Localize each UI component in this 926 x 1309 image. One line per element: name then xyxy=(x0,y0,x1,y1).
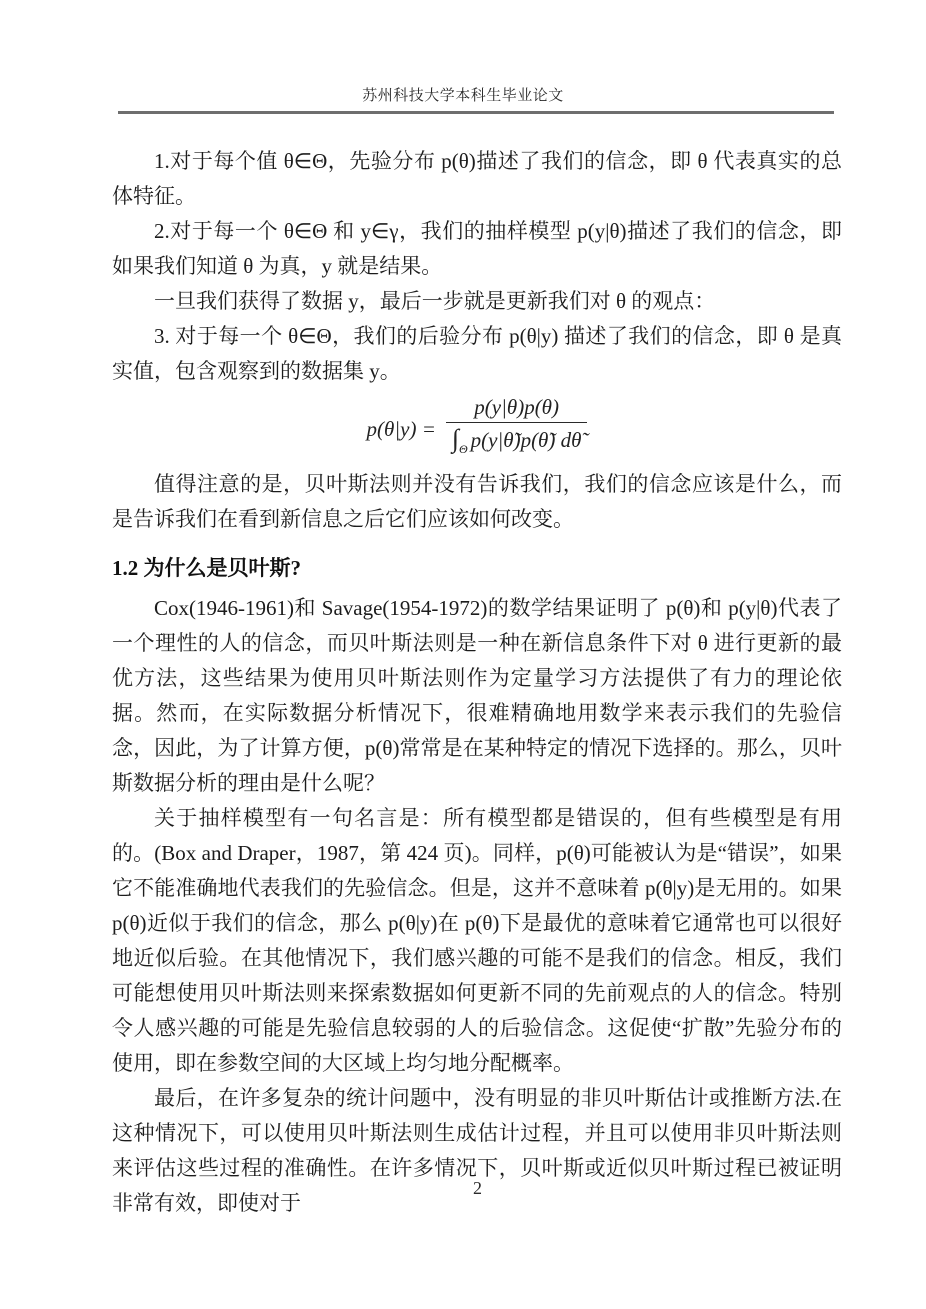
paragraph-update-step: 一旦我们获得了数据 y，最后一步就是更新我们对 θ 的观点： xyxy=(112,284,842,319)
paragraph-complex-problems: 最后，在许多复杂的统计问题中，没有明显的非贝叶斯估计或推断方法.在这种情况下，可… xyxy=(112,1081,842,1221)
integral-subscript: Θ xyxy=(459,442,468,456)
page-body: 1.对于每个值 θ∈Θ，先验分布 p(θ)描述了我们的信念，即 θ 代表真实的总… xyxy=(112,144,842,1221)
section-heading-1-2: 1.2 为什么是贝叶斯? xyxy=(112,553,842,583)
paragraph-all-models-wrong: 关于抽样模型有一句名言是：所有模型都是错误的，但有些模型是有用的。(Box an… xyxy=(112,801,842,1081)
page-header: 苏州科技大学本科生毕业论文 xyxy=(0,0,926,114)
paragraph-cox-savage: Cox(1946-1961)和 Savage(1954-1972)的数学结果证明… xyxy=(112,591,842,801)
thesis-page: 苏州科技大学本科生毕业论文 1.对于每个值 θ∈Θ，先验分布 p(θ)描述了我们… xyxy=(0,0,926,1309)
integral-icon: ∫ xyxy=(452,424,459,453)
page-number: 2 xyxy=(112,1178,843,1199)
paragraph-bayes-rule-note: 值得注意的是，贝叶斯法则并没有告诉我们，我们的信念应该是什么，而是告诉我们在看到… xyxy=(112,467,842,537)
formula-numerator: p(y|θ)p(θ) xyxy=(446,394,588,422)
paragraph-posterior: 3. 对于每一个 θ∈Θ，我们的后验分布 p(θ|y) 描述了我们的信念，即 θ… xyxy=(112,319,842,389)
bayes-formula: p(θ|y) = p(y|θ)p(θ) ∫Θp(y|θ̃)p(θ̃) dθ̃ xyxy=(112,394,842,464)
formula-lhs: p(θ|y) = xyxy=(367,417,436,442)
header-title: 苏州科技大学本科生毕业论文 xyxy=(0,86,926,106)
header-rule xyxy=(118,111,834,114)
paragraph-sampling-model: 2.对于每一个 θ∈Θ 和 y∈γ，我们的抽样模型 p(y|θ)描述了我们的信念… xyxy=(112,214,842,284)
formula-denominator: ∫Θp(y|θ̃)p(θ̃) dθ̃ xyxy=(446,422,588,464)
paragraph-prior-belief: 1.对于每个值 θ∈Θ，先验分布 p(θ)描述了我们的信念，即 θ 代表真实的总… xyxy=(112,144,842,214)
formula-fraction: p(y|θ)p(θ) ∫Θp(y|θ̃)p(θ̃) dθ̃ xyxy=(446,394,588,464)
denominator-expression: p(y|θ̃)p(θ̃) dθ̃ xyxy=(471,428,582,452)
